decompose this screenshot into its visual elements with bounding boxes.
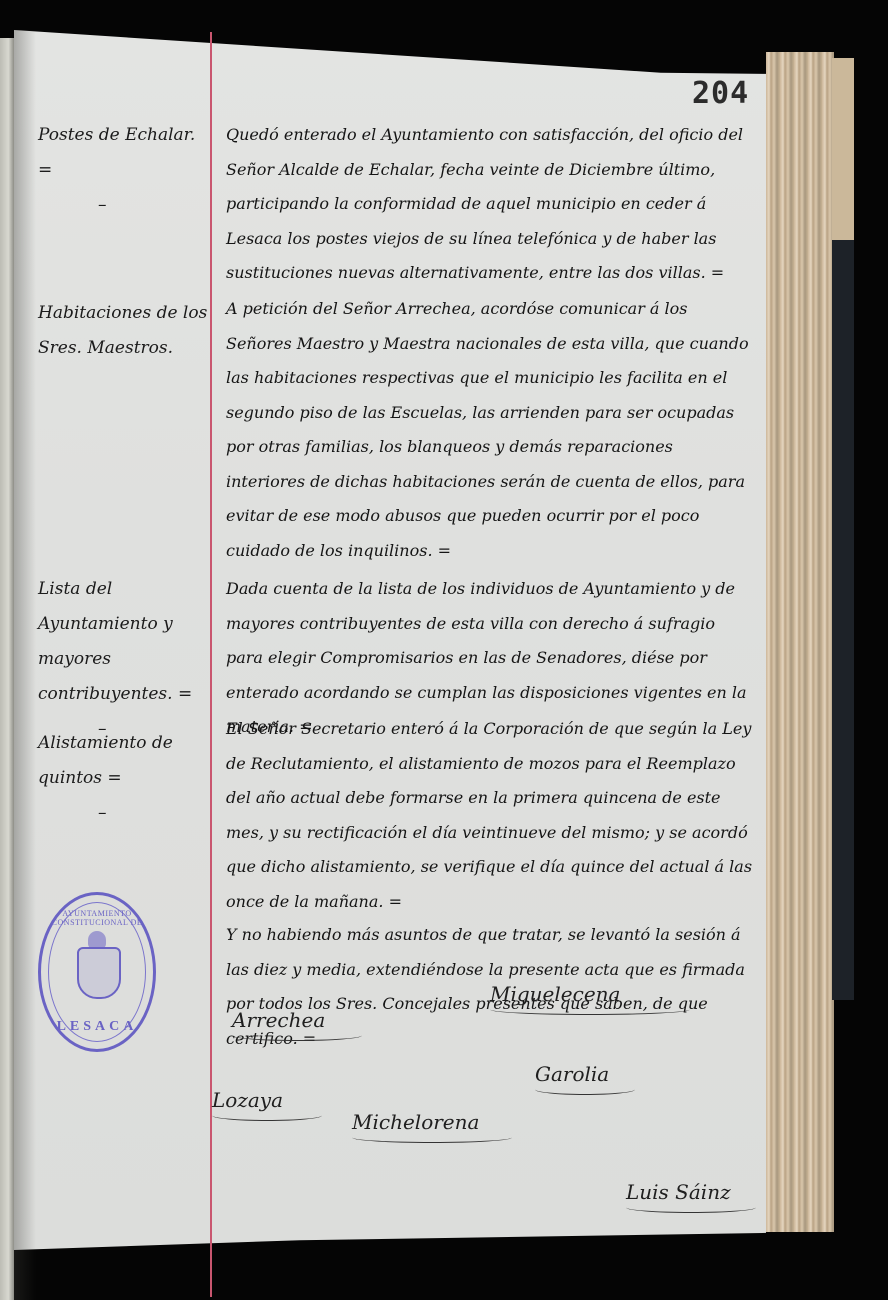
- margin-note-mark: –: [38, 796, 208, 831]
- signature-name: Garolia: [535, 1062, 609, 1086]
- official-seal-stamp: AYUNTAMIENTO CONSTITUCIONAL DE LESACA: [38, 892, 156, 1052]
- margin-note-title: Habitaciones de los Sres. Maestros.: [38, 303, 207, 358]
- margin-note-habitaciones: Habitaciones de los Sres. Maestros.: [38, 296, 208, 366]
- margin-note-title: Postes de Echalar. =: [38, 125, 195, 180]
- signature-arrechea: Arrechea: [232, 1008, 362, 1041]
- gutter-shadow: [14, 30, 36, 1300]
- entry-postes-echalar: Quedó enterado el Ayuntamiento con satis…: [226, 118, 756, 291]
- entry-alistamiento-quintos: El Señor Secretario enteró á la Corporac…: [226, 712, 756, 919]
- signature-name: Arrechea: [232, 1008, 325, 1032]
- seal-bottom-text: LESACA: [41, 1019, 153, 1035]
- signature-name: Lozaya: [212, 1088, 283, 1112]
- margin-note-title: Lista del Ayuntamiento y mayores contrib…: [38, 579, 192, 704]
- signature-luis-sainz: Luis Sáinz: [626, 1180, 756, 1213]
- adjacent-page-edge: [0, 38, 14, 1300]
- seal-top-text: AYUNTAMIENTO CONSTITUCIONAL DE: [41, 909, 153, 927]
- signature-name: Michelorena: [352, 1110, 479, 1134]
- book-page-edges: [766, 52, 834, 1232]
- coat-of-arms-shield-icon: [77, 947, 121, 999]
- signature-miguelecena: Miguelecena: [490, 982, 690, 1015]
- margin-note-mark: –: [38, 188, 208, 223]
- margin-note-postes: Postes de Echalar. = –: [38, 118, 208, 223]
- signature-michelorena: Michelorena: [352, 1110, 512, 1143]
- signature-lozaya: Lozaya: [212, 1088, 322, 1121]
- book-cover-edge-top: [832, 58, 854, 240]
- margin-note-title: Alistamiento de quintos =: [38, 733, 173, 788]
- signature-name: Luis Sáinz: [626, 1180, 731, 1204]
- signature-name: Miguelecena: [490, 982, 620, 1006]
- book-cover-edge: [832, 240, 854, 1000]
- signature-garolia: Garolia: [535, 1062, 635, 1095]
- entry-habitaciones-maestros: A petición del Señor Arrechea, acordóse …: [226, 292, 756, 568]
- margin-note-alistamiento: Alistamiento de quintos = –: [38, 726, 208, 831]
- margin-note-lista: Lista del Ayuntamiento y mayores contrib…: [38, 572, 208, 747]
- folio-number: 204: [692, 76, 749, 111]
